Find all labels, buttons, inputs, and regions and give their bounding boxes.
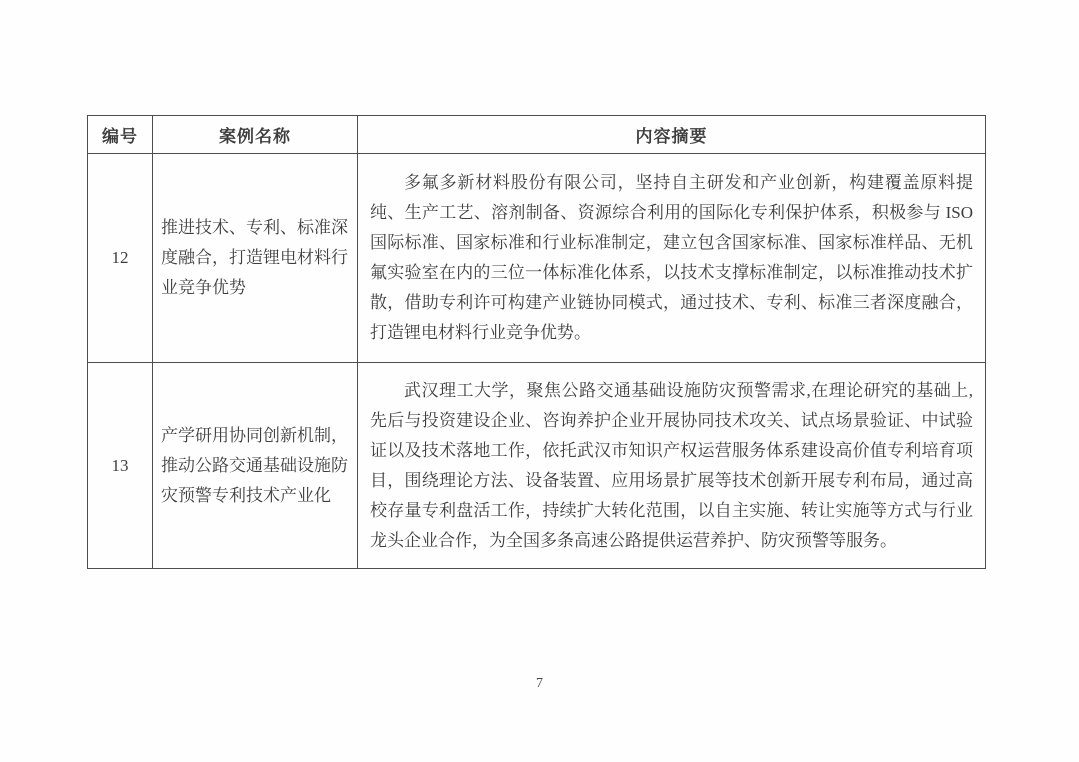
case-id: 12 — [88, 154, 153, 363]
document-page: 编号 案例名称 内容摘要 12 推进技术、专利、标准深度融合，打造锂电材料行业竞… — [0, 0, 1079, 762]
header-id: 编号 — [88, 116, 153, 154]
case-name: 产学研用协同创新机制，推动公路交通基础设施防灾预警专利技术产业化 — [153, 363, 358, 569]
header-summary: 内容摘要 — [358, 116, 986, 154]
header-case-name: 案例名称 — [153, 116, 358, 154]
case-summary-text: 武汉理工大学，聚焦公路交通基础设施防灾预警需求,在理论研究的基础上,先后与投资建… — [370, 376, 973, 556]
case-name: 推进技术、专利、标准深度融合，打造锂电材料行业竞争优势 — [153, 154, 358, 363]
case-summary-text: 多氟多新材料股份有限公司，坚持自主研发和产业创新，构建覆盖原料提纯、生产工艺、溶… — [370, 168, 973, 348]
case-summary: 武汉理工大学，聚焦公路交通基础设施防灾预警需求,在理论研究的基础上,先后与投资建… — [358, 363, 986, 569]
case-summary: 多氟多新材料股份有限公司，坚持自主研发和产业创新，构建覆盖原料提纯、生产工艺、溶… — [358, 154, 986, 363]
table-row-12: 12 推进技术、专利、标准深度融合，打造锂电材料行业竞争优势 多氟多新材料股份有… — [88, 154, 986, 363]
page-number: 7 — [0, 676, 1079, 692]
table-row-13: 13 产学研用协同创新机制，推动公路交通基础设施防灾预警专利技术产业化 武汉理工… — [88, 363, 986, 569]
table-header-row: 编号 案例名称 内容摘要 — [88, 116, 986, 154]
case-table: 编号 案例名称 内容摘要 12 推进技术、专利、标准深度融合，打造锂电材料行业竞… — [87, 115, 986, 569]
case-id: 13 — [88, 363, 153, 569]
